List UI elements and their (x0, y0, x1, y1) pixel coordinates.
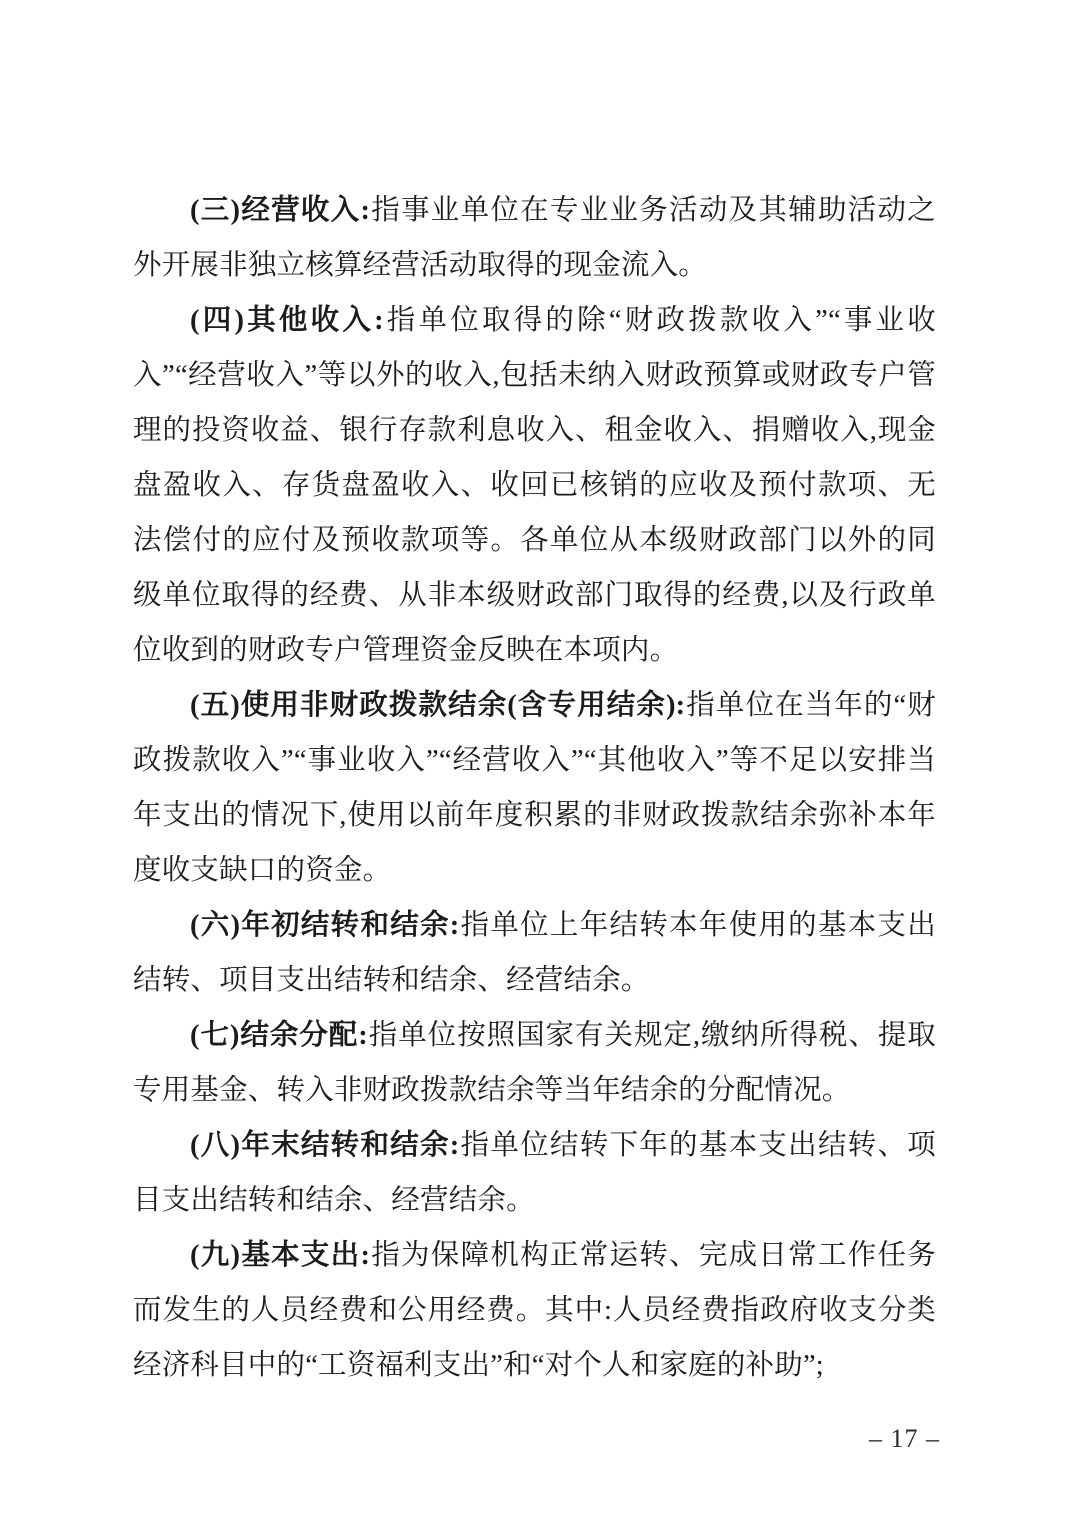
paragraph-heading: (四)其他收入: (190, 305, 384, 336)
paragraph-item-9: (九)基本支出:指为保障机构正常运转、完成日常工作任务而发生的人员经费和公用经费… (133, 1228, 936, 1393)
paragraph-heading: (八)年末结转和结余: (190, 1130, 459, 1161)
paragraph-heading: (七)结余分配: (190, 1020, 368, 1051)
paragraph-body: 指单位取得的除“财政拨款收入”“事业收入”“经营收入”等以外的收入,包括未纳入财… (133, 305, 936, 666)
page-footer: – 17 – (869, 1424, 940, 1454)
paragraph-item-8: (八)年末结转和结余:指单位结转下年的基本支出结转、项目支出结转和结余、经营结余… (133, 1118, 936, 1228)
paragraph-heading: (九)基本支出: (190, 1240, 370, 1271)
document-body: (三)经营收入:指事业单位在专业业务活动及其辅助活动之外开展非独立核算经营活动取… (133, 183, 936, 1393)
paragraph-heading: (三)经营收入: (190, 195, 370, 226)
paragraph-item-4: (四)其他收入:指单位取得的除“财政拨款收入”“事业收入”“经营收入”等以外的收… (133, 293, 936, 678)
paragraph-heading: (五)使用非财政拨款结余(含专用结余): (190, 690, 685, 721)
document-page: (三)经营收入:指事业单位在专业业务活动及其辅助活动之外开展非独立核算经营活动取… (0, 0, 1069, 1515)
paragraph-item-7: (七)结余分配:指单位按照国家有关规定,缴纳所得税、提取专用基金、转入非财政拨款… (133, 1008, 936, 1118)
paragraph-item-6: (六)年初结转和结余:指单位上年结转本年使用的基本支出结转、项目支出结转和结余、… (133, 898, 936, 1008)
paragraph-heading: (六)年初结转和结余: (190, 910, 459, 941)
paragraph-item-3: (三)经营收入:指事业单位在专业业务活动及其辅助活动之外开展非独立核算经营活动取… (133, 183, 936, 293)
page-number: – 17 – (869, 1424, 940, 1453)
paragraph-item-5: (五)使用非财政拨款结余(含专用结余):指单位在当年的“财政拨款收入”“事业收入… (133, 678, 936, 898)
